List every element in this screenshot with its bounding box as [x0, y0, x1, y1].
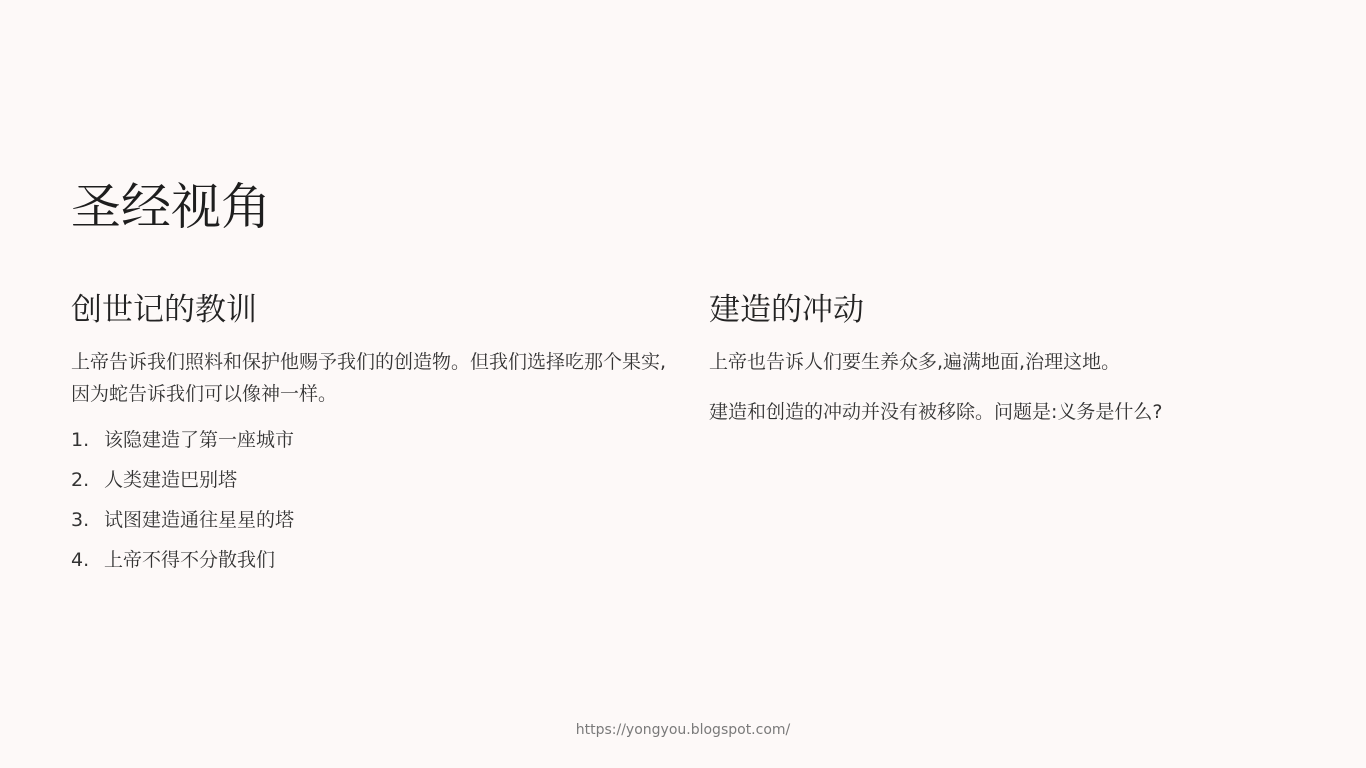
list-item: 4.上帝不得不分散我们 — [71, 540, 671, 580]
list-number: 1. — [71, 420, 104, 460]
list-text: 上帝不得不分散我们 — [104, 540, 275, 580]
left-paragraph: 上帝告诉我们照料和保护他赐予我们的创造物。但我们选择吃那个果实,因为蛇告诉我们可… — [71, 346, 671, 410]
list-text: 该隐建造了第一座城市 — [104, 420, 294, 460]
numbered-list: 1.该隐建造了第一座城市 2.人类建造巴别塔 3.试图建造通往星星的塔 4.上帝… — [71, 420, 671, 580]
right-paragraph-1: 上帝也告诉人们要生养众多,遍满地面,治理这地。 — [709, 346, 1309, 378]
right-heading: 建造的冲动 — [709, 288, 1309, 332]
footer-url: https://yongyou.blogspot.com/ — [0, 722, 1366, 738]
list-number: 4. — [71, 540, 104, 580]
list-number: 3. — [71, 500, 104, 540]
list-text: 试图建造通往星星的塔 — [104, 500, 294, 540]
list-item: 1.该隐建造了第一座城市 — [71, 420, 671, 460]
left-column: 创世记的教训 上帝告诉我们照料和保护他赐予我们的创造物。但我们选择吃那个果实,因… — [71, 288, 671, 580]
list-item: 2.人类建造巴别塔 — [71, 460, 671, 500]
slide-title: 圣经视角 — [71, 174, 271, 240]
right-paragraph-2: 建造和创造的冲动并没有被移除。问题是:义务是什么? — [709, 396, 1309, 428]
list-text: 人类建造巴别塔 — [104, 460, 237, 500]
list-item: 3.试图建造通往星星的塔 — [71, 500, 671, 540]
list-number: 2. — [71, 460, 104, 500]
left-heading: 创世记的教训 — [71, 288, 671, 332]
right-column: 建造的冲动 上帝也告诉人们要生养众多,遍满地面,治理这地。 建造和创造的冲动并没… — [709, 288, 1309, 446]
